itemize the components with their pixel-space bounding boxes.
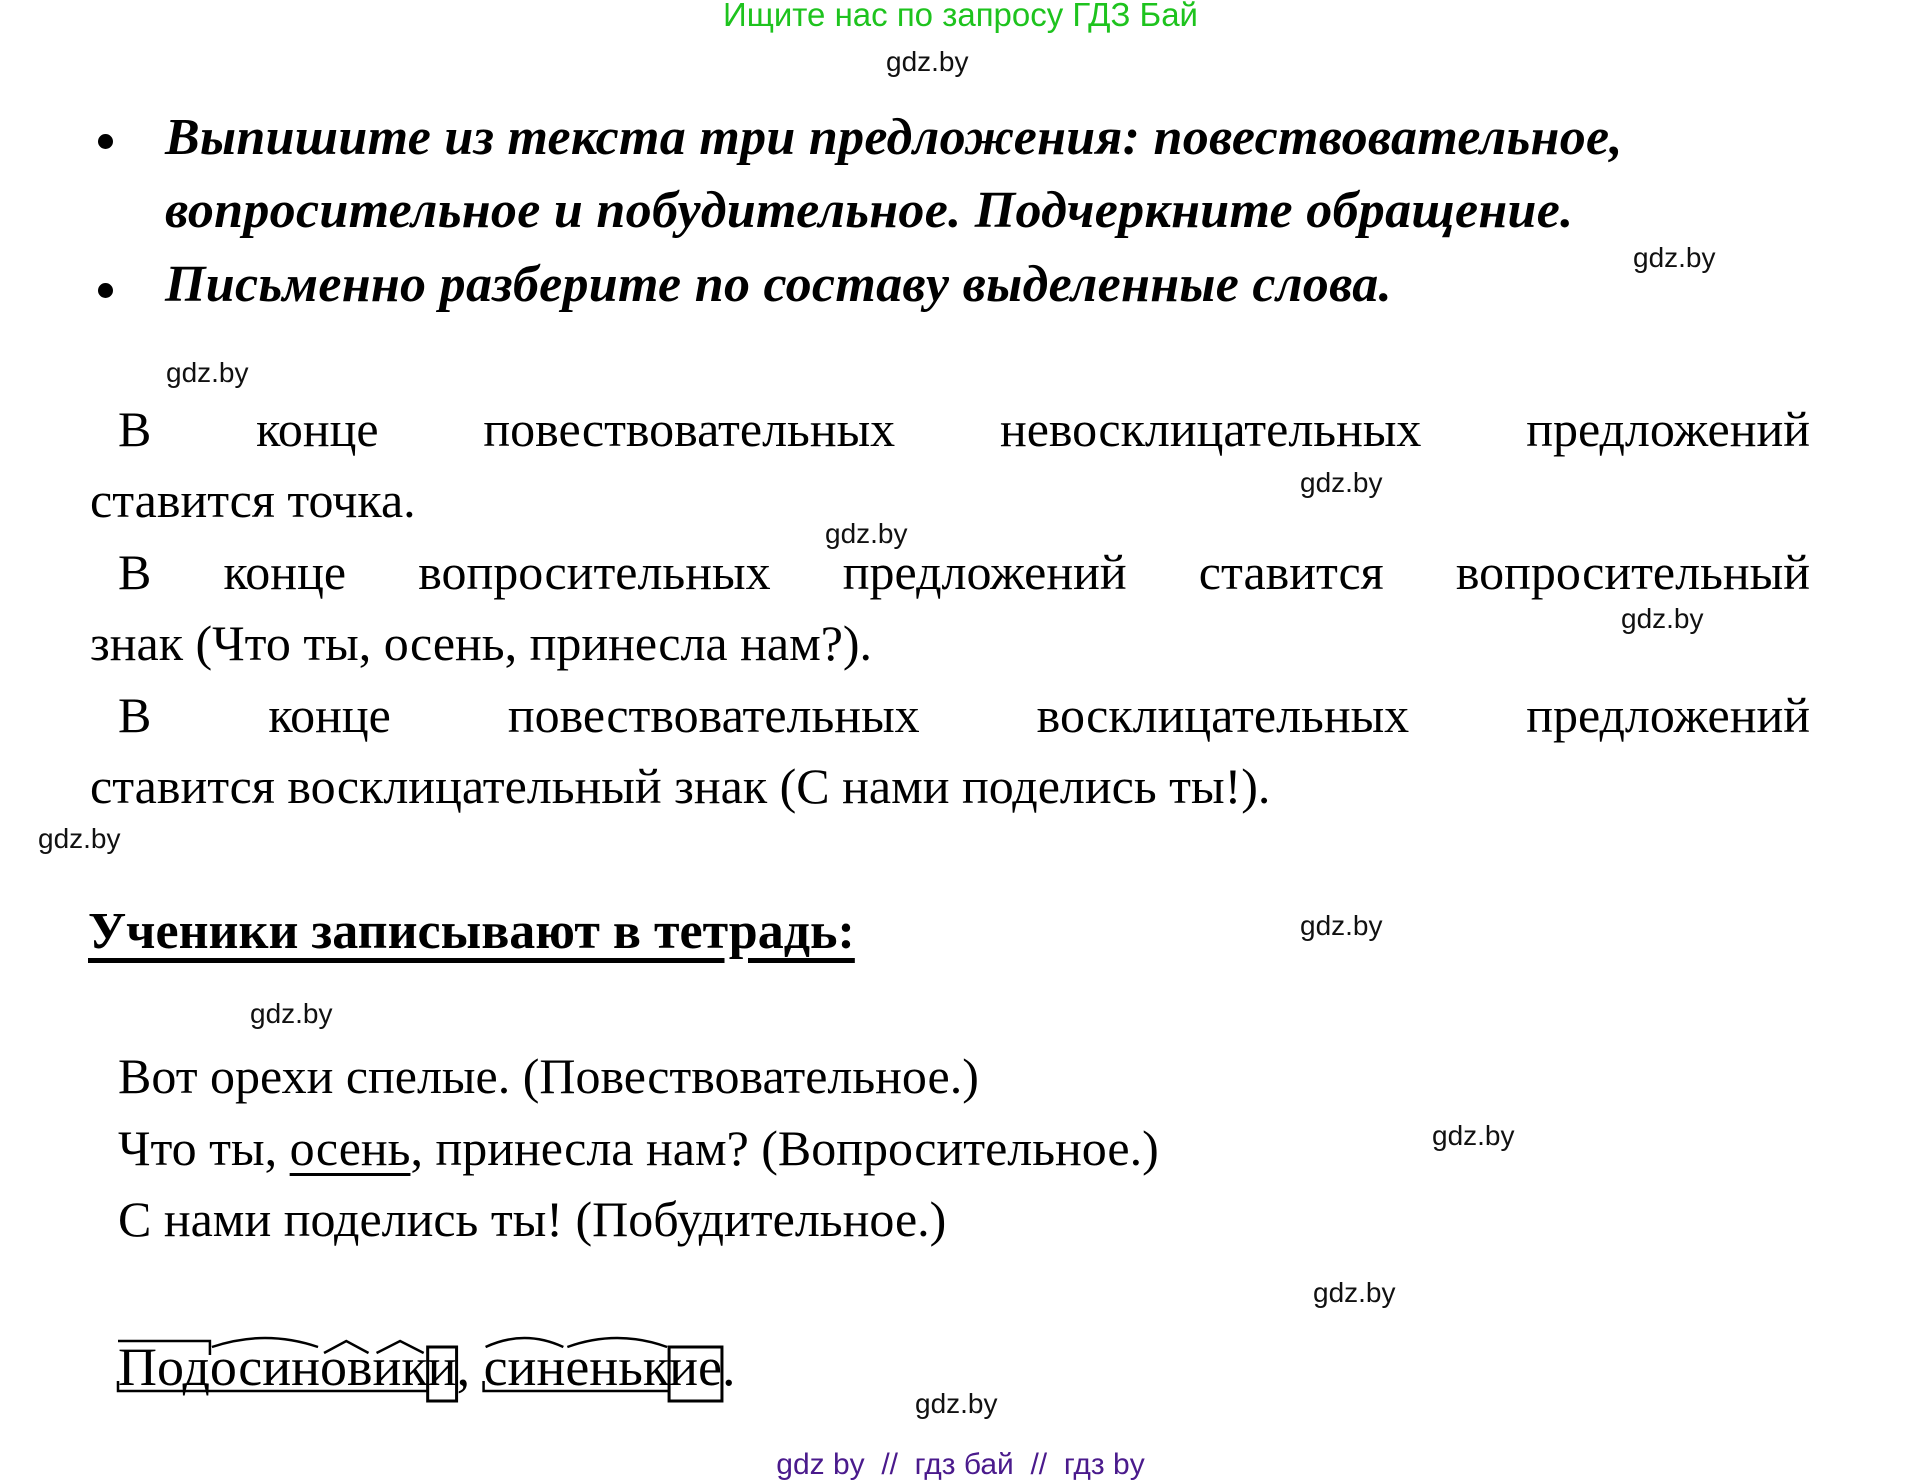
separator: , <box>457 1337 484 1397</box>
paragraph-line: В конце повествовательных восклицательны… <box>118 686 1810 744</box>
footer-links: gdz by // гдз бай // гдз by <box>0 1448 1921 1482</box>
morpheme-root: син <box>484 1337 566 1397</box>
morpheme-ending: и <box>428 1337 457 1397</box>
watermark: gdz.by <box>1313 1277 1396 1309</box>
analyzed-word-2: синенькие <box>484 1336 722 1398</box>
watermark: gdz.by <box>886 46 969 78</box>
task-line: Выпишите из текста три предложения: пове… <box>165 108 1623 167</box>
task-line: Письменно разберите по составу выделенны… <box>165 255 1392 314</box>
morpheme-root: осин <box>210 1337 320 1397</box>
paragraph-line: знак (Что ты, осень, принесла нам?). <box>90 614 1812 672</box>
morpheme-suffix: ов <box>320 1337 373 1397</box>
promo-banner: Ищите нас по запросу ГДЗ Бай <box>0 0 1921 34</box>
paragraph-line: ставится точка. <box>90 471 1812 529</box>
sentence-part: Что ты, <box>118 1120 290 1176</box>
notebook-heading: Ученики записывают в тетрадь: <box>88 902 855 961</box>
watermark: gdz.by <box>915 1388 998 1420</box>
watermark: gdz.by <box>1300 467 1383 499</box>
paragraph-line: В конце вопросительных предложений стави… <box>118 543 1810 601</box>
analyzed-word-1: Подосиновики <box>118 1336 457 1398</box>
watermark: gdz.by <box>1300 910 1383 942</box>
morpheme-prefix: Под <box>118 1337 210 1397</box>
sentence-part: , принесла нам? (Вопросительное.) <box>410 1120 1158 1176</box>
watermark: gdz.by <box>1432 1120 1515 1152</box>
morpheme-suffix: еньк <box>565 1337 669 1397</box>
bullet-icon <box>98 134 113 149</box>
paragraph-line: ставится восклицательный знак (С нами по… <box>90 757 1812 815</box>
end-punctuation: . <box>722 1337 736 1397</box>
bullet-icon <box>98 283 113 298</box>
address-word: осень <box>290 1120 411 1176</box>
watermark: gdz.by <box>1633 242 1716 274</box>
watermark: gdz.by <box>250 998 333 1030</box>
example-sentence: Что ты, осень, принесла нам? (Вопросител… <box>118 1119 1159 1177</box>
example-sentence: С нами поделись ты! (Побудительное.) <box>118 1190 946 1248</box>
morpheme-suffix: ик <box>373 1337 428 1397</box>
morpheme-ending: ие <box>669 1337 722 1397</box>
watermark: gdz.by <box>38 823 121 855</box>
watermark: gdz.by <box>166 357 249 389</box>
morpheme-analysis: Подосиновики , синенькие . <box>118 1336 735 1398</box>
example-sentence: Вот орехи спелые. (Повествовательное.) <box>118 1047 979 1105</box>
task-line: вопросительное и побудительное. Подчеркн… <box>165 181 1573 240</box>
paragraph-line: В конце повествовательных невосклицатель… <box>118 400 1810 458</box>
